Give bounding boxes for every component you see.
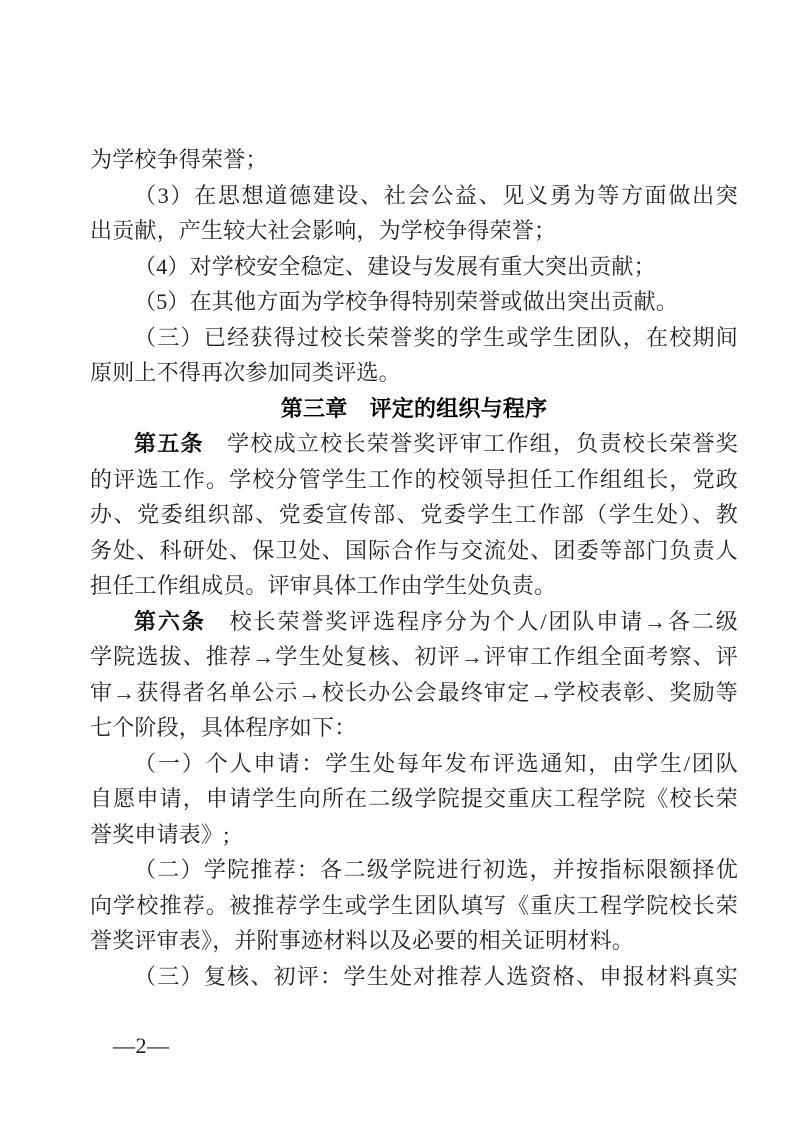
- text-line: 办、党委组织部、党委宣传部、党委学生工作部（学生处）、教: [90, 497, 738, 533]
- text-line: 务处、科研处、保卫处、国际合作与交流处、团委等部门负责人: [90, 533, 738, 569]
- article-number-label: 第五条: [134, 431, 204, 456]
- text-line: 向学校推荐。被推荐学生或学生团队填写《重庆工程学院校长荣: [90, 888, 738, 924]
- text-block: 为学校争得荣誉； （3）在思想道德建设、社会公益、见义勇为等方面做出突 出贡献，…: [90, 142, 738, 994]
- document-page: 为学校争得荣誉； （3）在思想道德建设、社会公益、见义勇为等方面做出突 出贡献，…: [0, 0, 794, 1122]
- text-line: （3）在思想道德建设、社会公益、见义勇为等方面做出突: [90, 178, 738, 214]
- chapter-heading: 第三章 评定的组织与程序: [90, 391, 738, 427]
- text-line: 誉奖评审表》，并附事迹材料以及必要的相关证明材料。: [90, 923, 738, 959]
- text-line: 七个阶段，具体程序如下：: [90, 710, 738, 746]
- text-line: 第六条 校长荣誉奖评选程序分为个人/团队申请→各二级: [90, 604, 738, 640]
- page-number: —2—: [113, 1028, 170, 1064]
- text-line: 原则上不得再次参加同类评选。: [90, 355, 738, 391]
- text-line: 为学校争得荣誉；: [90, 142, 738, 178]
- text-line: 出贡献，产生较大社会影响，为学校争得荣誉；: [90, 213, 738, 249]
- text-line: （三）复核、初评：学生处对推荐人选资格、申报材料真实: [90, 959, 738, 995]
- text-line: 审→获得者名单公示→校长办公会最终审定→学校表彰、奖励等: [90, 675, 738, 711]
- article-text: 校长荣誉奖评选程序分为个人/团队申请→各二级: [206, 609, 738, 634]
- text-line: 担任工作组成员。评审具体工作由学生处负责。: [90, 568, 738, 604]
- text-line: 第五条 学校成立校长荣誉奖评审工作组，负责校长荣誉奖: [90, 426, 738, 462]
- article-text: 学校成立校长荣誉奖评审工作组，负责校长荣誉奖: [204, 431, 738, 456]
- text-line: 誉奖申请表》;: [90, 817, 738, 853]
- text-line: （三）已经获得过校长荣誉奖的学生或学生团队，在校期间: [90, 320, 738, 356]
- text-line: （4）对学校安全稳定、建设与发展有重大突出贡献；: [90, 249, 738, 285]
- text-line: 学院选拔、推荐→学生处复核、初评→评审工作组全面考察、评: [90, 639, 738, 675]
- text-line: 的评选工作。学校分管学生工作的校领导担任工作组组长，党政: [90, 462, 738, 498]
- article-number-label: 第六条: [134, 609, 206, 634]
- text-line: 自愿申请，申请学生向所在二级学院提交重庆工程学院《校长荣: [90, 781, 738, 817]
- text-line: （一）个人申请：学生处每年发布评选通知，由学生/团队: [90, 746, 738, 782]
- text-line: （5）在其他方面为学校争得特别荣誉或做出突出贡献。: [90, 284, 738, 320]
- text-line: （二）学院推荐：各二级学院进行初选，并按指标限额择优: [90, 852, 738, 888]
